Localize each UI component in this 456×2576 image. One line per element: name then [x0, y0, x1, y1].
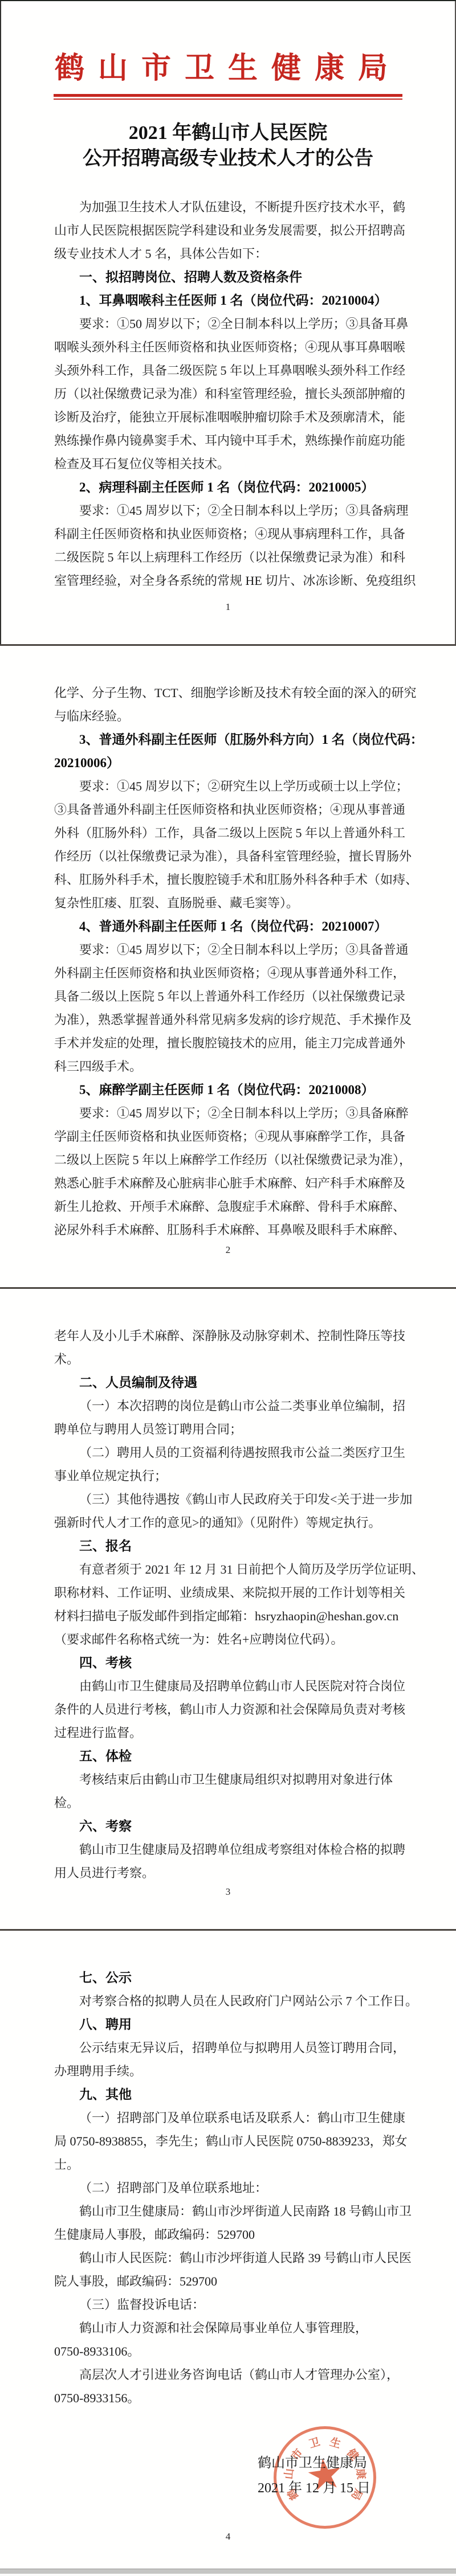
text-line: 外科副主任医师资格和执业医师资格；④现从事普通外科工作， — [54, 961, 410, 985]
document-title-line1: 2021 年鹤山市人民医院 — [0, 120, 456, 146]
signature-date: 2021 年 12 月 15 日 — [258, 2476, 370, 2501]
text-line: 鹤山市人力资源和社会保障局事业单位人事管理股， — [54, 2316, 410, 2340]
paragraph: （一）招聘部门及单位联系电话及联系人：鹤山市卫生健康局 0750-8938855… — [54, 2106, 410, 2176]
text-line: 用人员进行考察。 — [54, 1861, 410, 1885]
text-line: 为准），熟悉掌握普通外科常见病多发病的诊疗规范、手术操作及 — [54, 1008, 410, 1031]
text-line: 鹤山市卫生健康局：鹤山市沙坪街道人民南路 18 号鹤山市卫 — [54, 2200, 410, 2223]
paragraph: 要求：①45 周岁以下；②全日制本科以上学历；③具备普通外科副主任医师资格和执业… — [54, 938, 410, 1078]
document-page-3: 老年人及小儿手术麻醉、深静脉及动脉穿刺术、控制性降压等技术。二、人员编制及待遇（… — [0, 1289, 456, 1929]
text-line: 六、考察 — [54, 1815, 410, 1838]
paragraph: 为加强卫生技术人才队伍建设，不断提升医疗技术水平，鹤山市人民医院根据医院学科建设… — [54, 195, 410, 265]
heading: 5、麻醉学副主任医师 1 名（岗位代码：20210008） — [54, 1078, 410, 1101]
text-line: 考核结束后由鹤山市卫生健康局组织对拟聘用对象进行体 — [54, 1768, 410, 1791]
text-line: 科、肛肠外科手术，擅长腹腔镜手术和肛肠外科各种手术（如痔、 — [54, 868, 410, 891]
page-2-content: 化学、分子生物、TCT、细胞学诊断及技术有较全面的深入的研究与临床经验。3、普通… — [0, 646, 456, 1242]
paragraph: 考核结束后由鹤山市卫生健康局组织对拟聘用对象进行体检。 — [54, 1768, 410, 1815]
text-line: （要求邮件名称格式统一为：姓名+应聘岗位代码）。 — [54, 1628, 410, 1651]
text-line: 作经历（以社保缴费记录为准），具备科室管理经验，擅长胃肠外 — [54, 845, 410, 868]
text-line: 事业单位规定执行； — [54, 1464, 410, 1488]
text-line: 七、公示 — [54, 1966, 410, 1989]
text-line: 20210006） — [54, 751, 410, 775]
text-line: 复杂性肛瘘、肛裂、直肠脱垂、藏毛窦等）。 — [54, 891, 410, 915]
heading: 九、其他 — [54, 2083, 410, 2106]
heading: 五、体检 — [54, 1744, 410, 1768]
text-line: （二）招聘部门及单位联系地址： — [54, 2176, 410, 2200]
text-line: 九、其他 — [54, 2083, 410, 2106]
text-line: 泌尿外科手术麻醉、肛肠科手术麻醉、耳鼻喉及眼科手术麻醉、 — [54, 1218, 410, 1242]
text-line: 要求：①45 周岁以下；②研究生以上学历或硕士以上学位； — [54, 775, 410, 798]
text-line: 为加强卫生技术人才队伍建设，不断提升医疗技术水平，鹤 — [54, 195, 410, 219]
heading: 1、耳鼻咽喉科主任医师 1 名（岗位代码：20210004） — [54, 289, 410, 312]
heading: 七、公示 — [54, 1966, 410, 1989]
signature-block: 鹤山市卫生健康局 2021 年 12 月 15 日 — [258, 2451, 370, 2501]
heading: 三、报名 — [54, 1534, 410, 1558]
text-line: 八、聘用 — [54, 2013, 410, 2036]
document-page-4: 七、公示对考察合格的拟聘人员在人民政府门户网站公示 7 个工作日。八、聘用公示结… — [0, 1931, 456, 2574]
text-line: 五、体检 — [54, 1744, 410, 1768]
text-line: （三）监督投诉电话： — [54, 2293, 410, 2316]
text-line: 新生儿抢救、开颅手术麻醉、急腹症手术麻醉、骨科手术麻醉、 — [54, 1195, 410, 1218]
paragraph: （二）招聘部门及单位联系地址： — [54, 2176, 410, 2200]
heading: 六、考察 — [54, 1815, 410, 1838]
text-line: 强新时代人才工作的意见>的通知》（见附件）等规定执行。 — [54, 1511, 410, 1534]
text-line: 材料扫描电子版发邮件到指定邮箱：hsryzhaopin@heshan.gov.c… — [54, 1604, 410, 1628]
text-line: 老年人及小儿手术麻醉、深静脉及动脉穿刺术、控制性降压等技 — [54, 1324, 410, 1348]
signature-org: 鹤山市卫生健康局 — [258, 2451, 370, 2476]
text-line: （一）本次招聘的岗位是鹤山市公益二类事业单位编制，招 — [54, 1394, 410, 1418]
text-line: 鹤山市人民医院：鹤山市沙坪街道人民路 39 号鹤山市人民医 — [54, 2246, 410, 2270]
text-line: 4、普通外科副主任医师 1 名（岗位代码：20210007） — [54, 915, 410, 938]
scanned-document: 鹤山市卫生健康局 2021 年鹤山市人民医院 公开招聘高级专业技术人才的公告 为… — [0, 0, 456, 2576]
heading: 四、考核 — [54, 1651, 410, 1674]
paragraph: 鹤山市人民医院：鹤山市沙坪街道人民路 39 号鹤山市人民医院人事股，邮政编码：5… — [54, 2246, 410, 2293]
text-line: 局 0750-8938855，李先生；鹤山市人民医院 0750-8839233，… — [54, 2129, 410, 2153]
text-line: 熟练操作鼻内镜鼻窦手术、耳内镜中耳手术，熟练操作前庭功能 — [54, 429, 410, 452]
text-line: 0750-8933106。 — [54, 2340, 410, 2363]
scan-bottom-edge — [0, 2569, 456, 2574]
text-line: 化学、分子生物、TCT、细胞学诊断及技术有较全面的深入的研究 — [54, 681, 410, 705]
page-number: 2 — [0, 1244, 456, 1256]
page-3-content: 老年人及小儿手术麻醉、深静脉及动脉穿刺术、控制性降压等技术。二、人员编制及待遇（… — [0, 1289, 456, 1885]
paragraph: 鹤山市人力资源和社会保障局事业单位人事管理股，0750-8933106。 — [54, 2316, 410, 2363]
text-line: 检查及耳石复位仪等相关技术。 — [54, 452, 410, 476]
page-number: 1 — [0, 601, 456, 613]
page-number: 4 — [0, 2531, 456, 2542]
heading: 3、普通外科副主任医师（肛肠外科方向）1 名（岗位代码：20210006） — [54, 728, 410, 775]
paragraph: 有意者须于 2021 年 12 月 31 日前把个人简历及学历学位证明、职称材料… — [54, 1558, 410, 1651]
text-line: 头颈外科工作，具备二级医院 5 年以上耳鼻咽喉头颈外科工作经 — [54, 359, 410, 382]
text-line: 熟悉心脏手术麻醉及心脏病非心脏手术麻醉、妇产科手术麻醉及 — [54, 1172, 410, 1195]
paragraph: （三）其他待遇按《鹤山市人民政府关于印发<关于进一步加强新时代人才工作的意见>的… — [54, 1488, 410, 1534]
paragraph: 鹤山市卫生健康局及招聘单位组成考察组对体检合格的拟聘用人员进行考察。 — [54, 1838, 410, 1885]
text-line: 学副主任医师资格和执业医师资格；④现从事麻醉学工作，具备 — [54, 1125, 410, 1148]
document-page-1: 鹤山市卫生健康局 2021 年鹤山市人民医院 公开招聘高级专业技术人才的公告 为… — [0, 1, 456, 644]
text-line: 0750-8933156。 — [54, 2386, 410, 2410]
text-line: 具备二级以上医院 5 年以上普通外科工作经历（以社保缴费记录 — [54, 985, 410, 1008]
heading: 八、聘用 — [54, 2013, 410, 2036]
text-line: 手术并发症的处理，擅长腹腔镜技术的应用，能主刀完成普通外 — [54, 1031, 410, 1055]
text-line: 2、病理科副主任医师 1 名（岗位代码：20210005） — [54, 476, 410, 499]
paragraph: 化学、分子生物、TCT、细胞学诊断及技术有较全面的深入的研究与临床经验。 — [54, 681, 410, 728]
page-1-content: 为加强卫生技术人才队伍建设，不断提升医疗技术水平，鹤山市人民医院根据医院学科建设… — [0, 195, 456, 592]
paragraph: 要求：①45 周岁以下；②全日制本科以上学历；③具备麻醉学副主任医师资格和执业医… — [54, 1101, 410, 1242]
paragraph: 老年人及小儿手术麻醉、深静脉及动脉穿刺术、控制性降压等技术。 — [54, 1324, 410, 1371]
paragraph: 要求：①45 周岁以下；②全日制本科以上学历；③具备病理科副主任医师资格和执业医… — [54, 499, 410, 592]
text-line: （三）其他待遇按《鹤山市人民政府关于印发<关于进一步加 — [54, 1488, 410, 1511]
agency-letterhead: 鹤山市卫生健康局 — [0, 51, 456, 87]
paragraph: （二）聘用人员的工资福利待遇按照我市公益二类医疗卫生事业单位规定执行； — [54, 1441, 410, 1488]
text-line: 由鹤山市卫生健康局及招聘单位鹤山市人民医院对符合岗位 — [54, 1674, 410, 1698]
text-line: 级专业技术人才 5 名，具体公告如下： — [54, 242, 410, 265]
heading: 4、普通外科副主任医师 1 名（岗位代码：20210007） — [54, 915, 410, 938]
text-line: 高层次人才引进业务咨询电话（鹤山市人才管理办公室）， — [54, 2363, 410, 2386]
text-line: 咽喉头颈外科主任医师资格和执业医师资格；④现从事耳鼻咽喉 — [54, 335, 410, 359]
paragraph: 由鹤山市卫生健康局及招聘单位鹤山市人民医院对符合岗位条件的人员进行考核，鹤山市人… — [54, 1674, 410, 1744]
heading: 二、人员编制及待遇 — [54, 1371, 410, 1394]
page-number: 3 — [0, 1886, 456, 1898]
text-line: 一、拟招聘岗位、招聘人数及资格条件 — [54, 265, 410, 289]
text-line: 要求：①45 周岁以下；②全日制本科以上学历；③具备普通 — [54, 938, 410, 961]
text-line: 条件的人员进行考核，鹤山市人力资源和社会保障局负责对考核 — [54, 1698, 410, 1721]
heading: 2、病理科副主任医师 1 名（岗位代码：20210005） — [54, 476, 410, 499]
paragraph: 高层次人才引进业务咨询电话（鹤山市人才管理办公室），0750-8933156。 — [54, 2363, 410, 2410]
text-line: 5、麻醉学副主任医师 1 名（岗位代码：20210008） — [54, 1078, 410, 1101]
text-line: 办理聘用手续。 — [54, 2059, 410, 2083]
text-line: 公示结束无异议后，招聘单位与拟聘用人员签订聘用合同， — [54, 2036, 410, 2059]
text-line: （一）招聘部门及单位联系电话及联系人：鹤山市卫生健康 — [54, 2106, 410, 2129]
text-line: 外科（肛肠外科）工作，具备二级以上医院 5 年以上普通外科工 — [54, 821, 410, 845]
seal-arc-char: 卫 — [307, 2436, 322, 2451]
text-line: 历（以社保缴费记录为准）和科室管理经验，擅长头颈部肿瘤的 — [54, 382, 410, 406]
document-title: 2021 年鹤山市人民医院 公开招聘高级专业技术人才的公告 — [0, 120, 456, 171]
text-line: 要求：①50 周岁以下；②全日制本科以上学历；③具备耳鼻 — [54, 312, 410, 335]
text-line: 二、人员编制及待遇 — [54, 1371, 410, 1394]
text-line: 检。 — [54, 1791, 410, 1815]
text-line: 鹤山市卫生健康局及招聘单位组成考察组对体检合格的拟聘 — [54, 1838, 410, 1861]
text-line: 二级医院 5 年以上病理科工作经历（以社保缴费记录为准）和科 — [54, 546, 410, 569]
text-line: 生健康局人事股，邮政编码：529700 — [54, 2223, 410, 2246]
text-line: 院人事股，邮政编码：529700 — [54, 2270, 410, 2293]
letterhead-rule — [54, 94, 402, 100]
document-title-line2: 公开招聘高级专业技术人才的公告 — [0, 146, 456, 171]
paragraph: 鹤山市卫生健康局：鹤山市沙坪街道人民南路 18 号鹤山市卫生健康局人事股，邮政编… — [54, 2200, 410, 2246]
text-line: 士。 — [54, 2153, 410, 2176]
paragraph: 对考察合格的拟聘人员在人民政府门户网站公示 7 个工作日。 — [54, 1989, 410, 2013]
text-line: 有意者须于 2021 年 12 月 31 日前把个人简历及学历学位证明、 — [54, 1558, 410, 1581]
paragraph: 要求：①45 周岁以下；②研究生以上学历或硕士以上学位；③具备普通外科副主任医师… — [54, 775, 410, 915]
paragraph: （一）本次招聘的岗位是鹤山市公益二类事业单位编制，招聘单位与聘用人员签订聘用合同… — [54, 1394, 410, 1441]
text-line: 术。 — [54, 1348, 410, 1371]
paragraph: （三）监督投诉电话： — [54, 2293, 410, 2316]
heading: 一、拟招聘岗位、招聘人数及资格条件 — [54, 265, 410, 289]
text-line: 四、考核 — [54, 1651, 410, 1674]
text-line: 山市人民医院根据医院学科建设和业务发展需要，拟公开招聘高 — [54, 219, 410, 242]
page-4-content: 七、公示对考察合格的拟聘人员在人民政府门户网站公示 7 个工作日。八、聘用公示结… — [0, 1931, 456, 2410]
text-line: 二级以上医院 5 年以上麻醉学工作经历（以社保缴费记录为准）， — [54, 1148, 410, 1172]
text-line: 1、耳鼻咽喉科主任医师 1 名（岗位代码：20210004） — [54, 289, 410, 312]
text-line: 科副主任医师资格和执业医师资格；④现从事病理科工作，具备 — [54, 522, 410, 546]
text-line: 三、报名 — [54, 1534, 410, 1558]
text-line: 聘单位与聘用人员签订聘用合同； — [54, 1418, 410, 1441]
text-line: ③具备普通外科副主任医师资格和执业医师资格；④现从事普通 — [54, 798, 410, 821]
paragraph: 要求：①50 周岁以下；②全日制本科以上学历；③具备耳鼻咽喉头颈外科主任医师资格… — [54, 312, 410, 476]
text-line: 职称材料、工作证明、业绩成果、来院拟开展的工作计划等相关 — [54, 1581, 410, 1604]
paragraph: 公示结束无异议后，招聘单位与拟聘用人员签订聘用合同，办理聘用手续。 — [54, 2036, 410, 2083]
text-line: 过程进行监督。 — [54, 1721, 410, 1744]
text-line: 对考察合格的拟聘人员在人民政府门户网站公示 7 个工作日。 — [54, 1989, 410, 2013]
text-line: 要求：①45 周岁以下；②全日制本科以上学历；③具备病理 — [54, 499, 410, 522]
text-line: 科三四级手术。 — [54, 1055, 410, 1078]
scan-left-edge — [0, 1, 1, 644]
text-line: 3、普通外科副主任医师（肛肠外科方向）1 名（岗位代码： — [54, 728, 410, 751]
text-line: （二）聘用人员的工资福利待遇按照我市公益二类医疗卫生 — [54, 1441, 410, 1464]
text-line: 与临床经验。 — [54, 705, 410, 728]
text-line: 要求：①45 周岁以下；②全日制本科以上学历；③具备麻醉 — [54, 1101, 410, 1125]
document-page-2: 化学、分子生物、TCT、细胞学诊断及技术有较全面的深入的研究与临床经验。3、普通… — [0, 646, 456, 1287]
text-line: 诊断及治疗，能独立开展标准咽喉肿瘤切除手术及颈廓清术，能 — [54, 406, 410, 429]
text-line: 室管理经验，对全身各系统的常规 HE 切片、冰冻诊断、免疫组织 — [54, 569, 410, 592]
